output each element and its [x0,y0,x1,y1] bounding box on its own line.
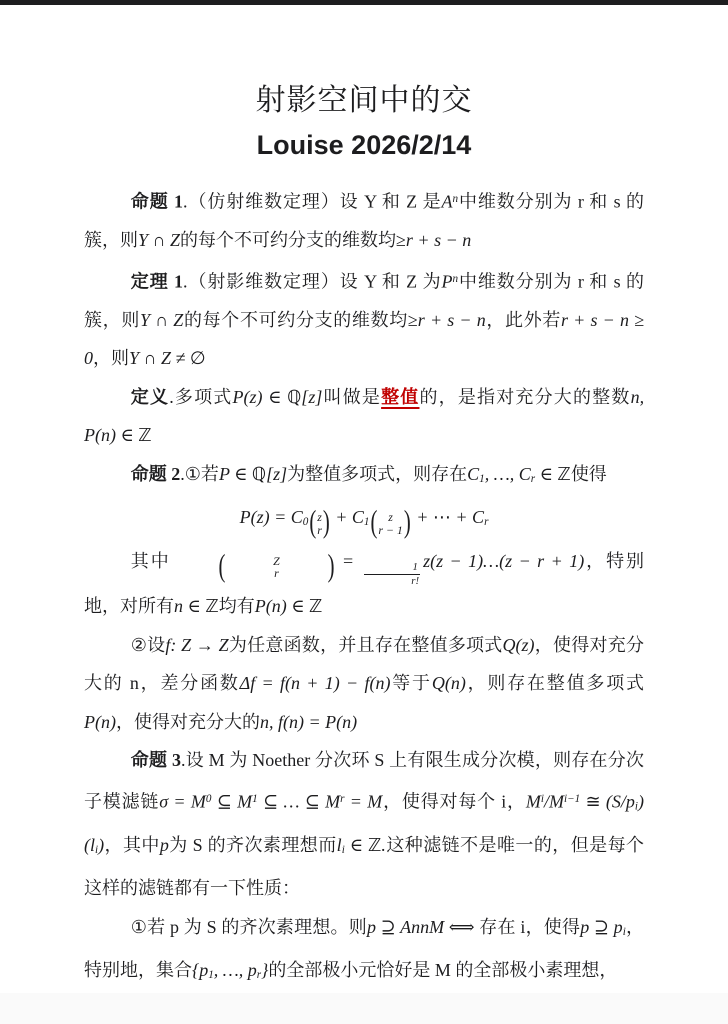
math-run: + C [331,507,364,527]
text-run: ①若 p 为 S 的齐次素理想。则 [131,917,367,937]
text-run: ，使得对充分大的 [116,712,260,732]
fraction: 1r! [363,561,422,587]
heading-run: 命题 2 [131,464,181,484]
text-run: 存在 i，使得 [479,917,580,937]
math-run: A [441,192,452,212]
math-run: M [526,791,541,811]
math-run: n, f(n) = P(n) [260,712,357,732]
math-run: Y ∩ Z [140,310,183,330]
math-run: P(z) ∈ ℚ[z] [232,387,322,407]
binomial-coefficient: (Zr) [172,555,335,580]
text-run: .（仿射维数定理）设 Y 和 Z 是 [183,192,441,212]
text-run: 的全部极小元恰好是 M 的全部极小素理想， [268,960,617,980]
heading-run: 定理 1 [131,271,183,291]
text-run: 为整值多项式，则存在 [287,464,467,484]
subscript-run: 0 [303,516,309,528]
math-run: n ∈ ℤ [174,596,219,616]
page-bottom-edge [0,993,728,1024]
text-run: .①若 [180,464,219,484]
math-run: ∈ ℤ [535,464,571,484]
text-run: ，其中 [104,835,160,855]
math-run: r + s − n [418,310,486,330]
paragraph-proposition-1: 命题 1.（仿射维数定理）设 Y 和 Z 是An中维数分别为 r 和 s 的簇，… [84,180,644,260]
text-run: .多项式 [169,387,232,407]
math-run: ∈ ℤ. [345,835,386,855]
math-run: Y ∩ Z [138,230,180,250]
paragraph-proposition-3: 命题 3.设 M 为 Noether 分次环 S 上有限生成分次模，则存在分次子… [84,741,644,908]
math-run: P(n) [84,712,116,732]
math-run: + ⋯ + C [412,507,484,527]
math-run: C [467,464,479,484]
math-run: p ⊇ AnnM ⟺ [367,917,479,937]
binomial-coefficient: (zr) [309,511,329,536]
math-run: Q(z) [503,635,535,655]
math-run: , …, C [485,464,531,484]
paragraph-proposition-2-part-2: ②设f: Z → Z为任意函数，并且存在整值多项式Q(z)，使得对充分大的 n，… [84,626,644,742]
text-run: 为任意函数，并且存在整值多项式 [229,635,503,655]
math-run: P(n) ∈ ℤ [255,596,323,616]
text-run: 的，是指对充分大的整数 [419,387,630,407]
text-run: 的每个不可约分支的维数均≥ [183,310,417,330]
math-run: ⊆ … ⊆ M [258,791,340,811]
math-run: Y ∩ Z ≠ ∅ [129,348,206,368]
window-top-border [0,0,728,5]
text-run: .（射影维数定理）设 Y 和 Z 为 [183,271,441,291]
heading-run: 定义 [131,387,169,407]
text-run: ，此外若 [486,310,561,330]
math-run: σ = M [159,791,206,811]
math-run: {p [192,960,208,980]
subscript-run: 1 [364,516,370,528]
math-run: ≅ (S/p [580,791,635,811]
math-run: P(z) = C [240,507,303,527]
formula-line: P(z) = C0(zr) + C1(zr − 1) + ⋯ + Cr [84,498,644,542]
text-run: 使得 [571,464,607,484]
paragraph-definition: 定义.多项式P(z) ∈ ℚ[z]叫做是整值的，是指对充分大的整数n, P(n)… [84,378,644,455]
text-run: 均有 [219,596,255,616]
text-run: 等于 [390,673,431,693]
binomial-coefficient: (zr − 1) [370,511,410,536]
math-run: = [335,551,360,571]
text-run: ，使得对每个 i， [382,791,526,811]
paragraph-binomial-explanation: 其中(Zr) = 1r!z(z − 1)…(z − r + 1)，特别地，对所有… [84,542,644,626]
math-run: p [160,835,169,855]
superscript-run: i−1 [564,793,580,805]
author-date-subtitle: Louise 2026/2/14 [84,126,644,164]
heading-run: 命题 1 [131,192,183,212]
text-run: ②设 [131,635,166,655]
math-run: r + s − n [406,230,471,250]
text-run: 叫做是 [322,387,381,407]
document-page: 射影空间中的交 Louise 2026/2/14 命题 1.（仿射维数定理）设 … [0,0,728,995]
math-run: P ∈ ℚ[z] [219,464,287,484]
paragraph-property-1: ①若 p 为 S 的齐次素理想。则p ⊇ AnnM ⟺ 存在 i，使得p ⊇ p… [84,908,644,995]
paragraph-theorem-1: 定理 1.（射影维数定理）设 Y 和 Z 为Pn中维数分别为 r 和 s 的簇，… [84,260,644,378]
text-run: 为 S 的齐次素理想而 [169,835,337,855]
text-run: ，则存在整值多项式 [466,673,644,693]
math-run: f: Z → Z [165,635,228,655]
math-run: ⊆ M [211,791,252,811]
math-run: = M [345,791,383,811]
text-run: 的每个不可约分支的维数均≥ [180,230,406,250]
math-run: P [441,271,452,291]
text-run: 其中 [131,551,171,571]
math-run: p ⊇ p [580,917,622,937]
highlight-run: 整值 [381,387,419,407]
text-run: ，则 [93,348,129,368]
page-title: 射影空间中的交 [84,82,644,120]
math-run: Δf = f(n + 1) − f(n) [240,673,391,693]
document-body: 命题 1.（仿射维数定理）设 Y 和 Z 是An中维数分别为 r 和 s 的簇，… [84,180,644,995]
math-run: , …, p [214,960,257,980]
math-run: z(z − 1)…(z − r + 1) [423,551,584,571]
math-run: Q(n) [432,673,466,693]
subscript-run: r [484,516,488,528]
heading-run: 命题 3 [131,750,181,770]
math-run: /M [544,791,564,811]
paragraph-proposition-2-intro: 命题 2.①若P ∈ ℚ[z]为整值多项式，则存在C1, …, Cr ∈ ℤ使得 [84,455,644,499]
